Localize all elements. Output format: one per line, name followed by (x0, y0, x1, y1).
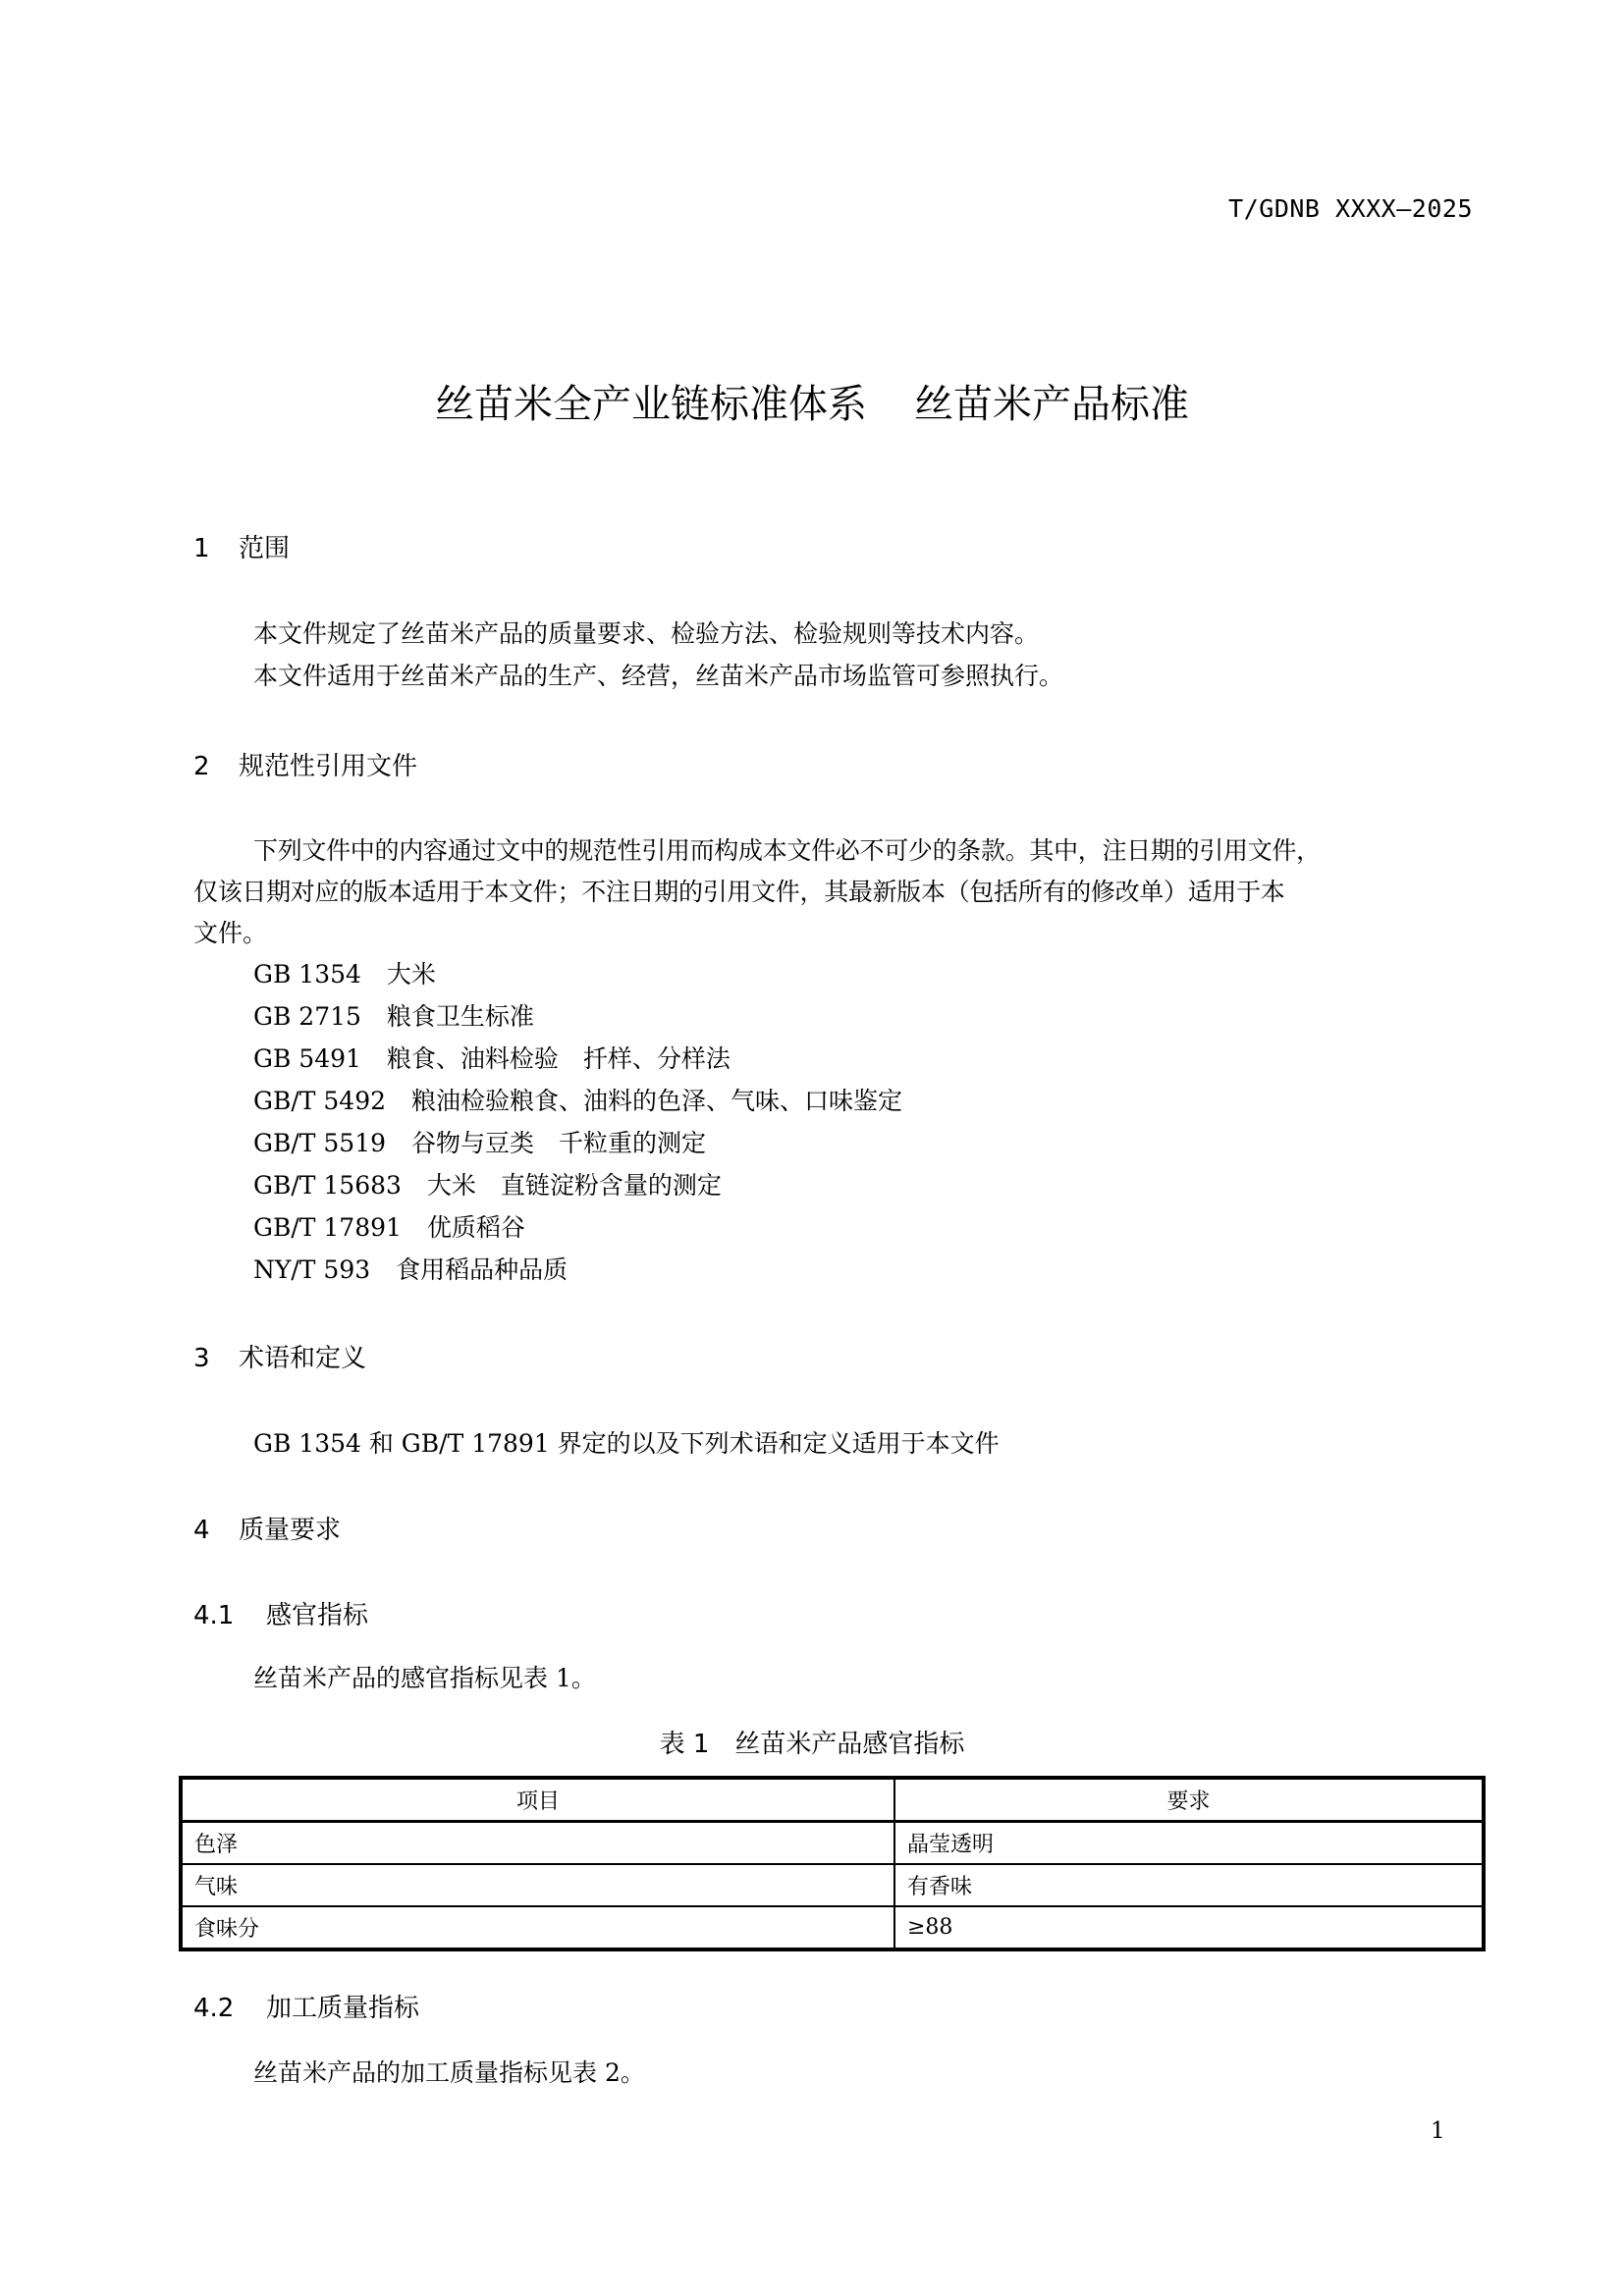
document-title: 丝苗米全产业链标准体系丝苗米产品标准 (0, 373, 1624, 429)
section-2-para-line-2: 仅该日期对应的版本适用于本文件；不注日期的引用文件，其最新版本（包括所有的修改单… (193, 873, 1285, 908)
table-header-requirement: 要求 (894, 1778, 1484, 1822)
reference-item: GB/T 15683大米 直链淀粉含量的测定 (253, 1166, 722, 1201)
table-row: 气味 有香味 (181, 1864, 1484, 1906)
section-1-para-2: 本文件适用于丝苗米产品的生产、经营，丝苗米产品市场监管可参照执行。 (253, 657, 1063, 692)
section-4-2-heading: 4.2加工质量指标 (193, 1988, 419, 2024)
table-cell: 气味 (181, 1864, 894, 1906)
section-4-1-heading: 4.1感官指标 (193, 1595, 368, 1631)
reference-item: GB/T 5519谷物与豆类 千粒重的测定 (253, 1124, 706, 1159)
section-1-heading: 1范围 (193, 528, 290, 564)
section-4-2-para: 丝苗米产品的加工质量指标见表 2。 (253, 2054, 645, 2089)
sensory-index-table: 项目 要求 色泽 晶莹透明 气味 有香味 食味分 ≥88 (179, 1776, 1486, 1951)
reference-item: GB 1354大米 (253, 955, 436, 990)
title-part-2: 丝苗米产品标准 (914, 382, 1189, 427)
reference-item: GB 5491粮食、油料检验 扦样、分样法 (253, 1040, 731, 1075)
reference-item: NY/T 593食用稻品种品质 (253, 1251, 568, 1286)
section-2-para-line-1: 下列文件中的内容通过文中的规范性引用而构成本文件必不可少的条款。其中，注日期的引… (253, 831, 1321, 867)
reference-item: GB 2715粮食卫生标准 (253, 997, 534, 1033)
table-row: 色泽 晶莹透明 (181, 1822, 1484, 1865)
table-header-row: 项目 要求 (181, 1778, 1484, 1822)
table-cell: 食味分 (181, 1906, 894, 1949)
page-number: 1 (1431, 2118, 1445, 2144)
section-4-heading: 4质量要求 (193, 1510, 341, 1546)
section-4-1-para: 丝苗米产品的感官指标见表 1。 (253, 1659, 596, 1694)
table-cell: 色泽 (181, 1822, 894, 1865)
section-3-heading: 3术语和定义 (193, 1338, 366, 1374)
section-3-para: GB 1354 和 GB/T 17891 界定的以及下列术语和定义适用于本文件 (253, 1424, 1000, 1460)
title-part-1: 丝苗米全产业链标准体系 (435, 382, 867, 427)
table-header-item: 项目 (181, 1778, 894, 1822)
section-1-para-1: 本文件规定了丝苗米产品的质量要求、检验方法、检验规则等技术内容。 (253, 614, 1039, 650)
table-1-caption: 表 1 丝苗米产品感官指标 (0, 1724, 1624, 1760)
table-cell: ≥88 (894, 1906, 1484, 1949)
table-cell: 有香味 (894, 1864, 1484, 1906)
reference-item: GB/T 5492粮油检验粮食、油料的色泽、气味、口味鉴定 (253, 1082, 902, 1117)
document-code: T/GDNB XXXX—2025 (1228, 194, 1473, 223)
reference-item: GB/T 17891优质稻谷 (253, 1208, 525, 1244)
table-cell: 晶莹透明 (894, 1822, 1484, 1865)
section-2-heading: 2规范性引用文件 (193, 746, 417, 782)
table-row: 食味分 ≥88 (181, 1906, 1484, 1949)
section-2-para-line-3: 文件。 (193, 914, 267, 949)
